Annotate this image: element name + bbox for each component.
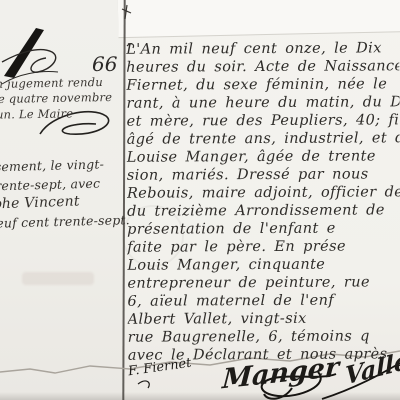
register-number: 66 xyxy=(92,52,117,76)
margin-note-line: trente-sept, avec xyxy=(0,176,100,194)
act-line: Rebouis, maire adjoint, officier de xyxy=(127,183,400,202)
scan-edge-shadow xyxy=(0,392,400,400)
act-line: heures du soir. Acte de Naissance xyxy=(126,57,399,76)
act-line: sion, mariés. Dressé par nous xyxy=(127,165,400,184)
act-line: Louise Manger, âgée de trente xyxy=(127,147,400,166)
act-line: âgé de trente ans, industriel, et de xyxy=(127,129,400,148)
act-text-block: L'An mil neuf cent onze, le Dix heures d… xyxy=(126,39,400,366)
act-line: L'An mil neuf cent onze, le Dix xyxy=(126,39,399,58)
pen-tick-mark xyxy=(122,5,131,19)
act-line: rue Baugrenelle, 6, témoins q xyxy=(128,327,400,346)
act-line: Albert Vallet, vingt-six xyxy=(128,309,400,328)
margin-note-line: un jugement rendu xyxy=(0,75,103,91)
margin-note-line: un. Le Maire xyxy=(0,106,73,121)
margin-note-line: lphe Vincent xyxy=(0,193,80,212)
scanned-register-page: 66 un jugement rendu le quatre novembre … xyxy=(0,0,400,400)
act-line: entrepreneur de peinture, rue xyxy=(127,273,400,292)
margin-note-line: le quatre novembre xyxy=(0,90,112,106)
ink-bleedthrough-smudge xyxy=(22,272,94,285)
act-line: Fiernet, du sexe féminin, née le xyxy=(126,75,399,94)
act-line: et mère, rue des Peupliers, 40; fille d xyxy=(127,111,400,130)
act-line: 6, aïeul maternel de l'enf xyxy=(127,291,400,310)
act-line: rant, à une heure du matin, du D xyxy=(126,93,399,112)
embossed-stamp-ghost xyxy=(122,205,184,267)
left-signature-underline xyxy=(138,381,149,388)
